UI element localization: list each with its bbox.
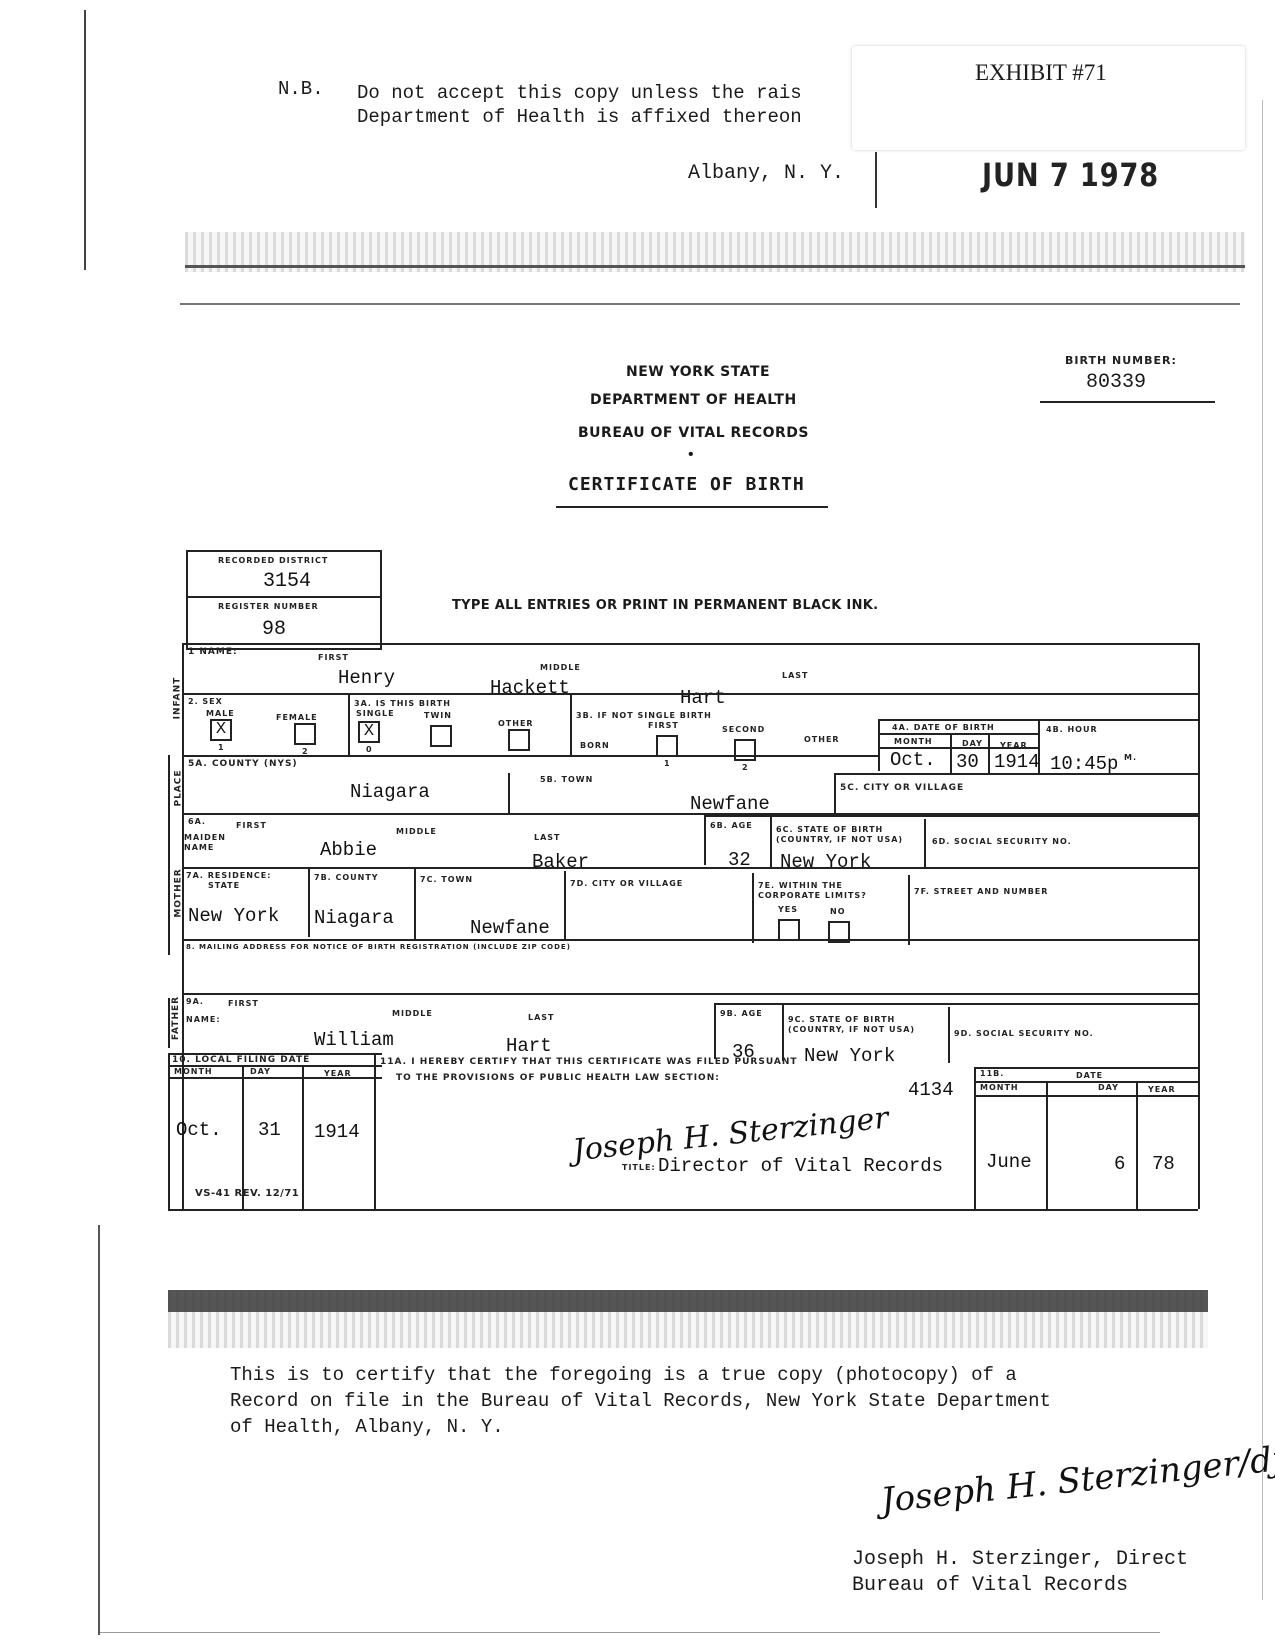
other-label: OTHER bbox=[498, 719, 534, 728]
dob-month-label: MONTH bbox=[894, 737, 933, 746]
father-ssn-label: 9D. SOCIAL SECURITY NO. bbox=[954, 1029, 1094, 1038]
first-born-label: FIRST bbox=[648, 721, 679, 730]
mother-name-label: NAME bbox=[184, 843, 214, 852]
father-last-name: Hart bbox=[506, 1035, 552, 1057]
form-code: VS-41 Rev. 12/71 bbox=[195, 1188, 299, 1199]
male-label: MALE bbox=[206, 709, 235, 718]
mother-last-name: Baker bbox=[532, 851, 589, 873]
father-state-label: 9C. STATE OF BIRTH bbox=[788, 1015, 895, 1024]
issue-day-value: 6 bbox=[1114, 1153, 1125, 1175]
hour-suffix: M. bbox=[1124, 753, 1137, 762]
issue-date-sub: DATE bbox=[1076, 1071, 1103, 1080]
certification-line-1: This is to certify that the foregoing is… bbox=[230, 1364, 1017, 1386]
birth-number-value: 80339 bbox=[1086, 371, 1146, 394]
issue-date-label: 11B. bbox=[980, 1069, 1004, 1078]
mother-first-label: FIRST bbox=[236, 821, 267, 830]
residence-sub-label: STATE bbox=[208, 881, 240, 890]
residence-town-value: Newfane bbox=[470, 917, 550, 939]
residence-county-value: Niagara bbox=[314, 907, 394, 929]
residence-county-label: 7B. COUNTY bbox=[314, 873, 379, 882]
recorded-district-label: RECORDED DISTRICT bbox=[218, 556, 328, 565]
male-code: 1 bbox=[218, 743, 225, 752]
signer-name: Joseph H. Sterzinger, Direct bbox=[852, 1548, 1188, 1571]
title-line-bureau: BUREAU OF VITAL RECORDS bbox=[578, 425, 809, 441]
title-line-state: NEW YORK STATE bbox=[626, 364, 770, 380]
place-county-label: 5A. COUNTY (NYS) bbox=[188, 759, 298, 769]
nb-label: N.B. bbox=[278, 78, 324, 100]
director-signature: Joseph H. Sterzinger/dj bbox=[879, 1439, 1275, 1521]
residence-label: 7A. RESIDENCE: bbox=[186, 871, 271, 880]
title-label: TITLE: bbox=[622, 1163, 656, 1172]
infant-name-label: 1 NAME: bbox=[188, 647, 238, 657]
signer-bureau: Bureau of Vital Records bbox=[852, 1574, 1128, 1597]
title-value: Director of Vital Records bbox=[658, 1155, 943, 1177]
first-born-code: 1 bbox=[664, 759, 671, 768]
register-number-label: REGISTER NUMBER bbox=[218, 602, 319, 611]
place-town-value: Newfane bbox=[690, 793, 770, 815]
female-checkbox[interactable] bbox=[294, 723, 316, 745]
corporate-no-label: NO bbox=[830, 907, 846, 916]
single-checkbox[interactable]: X bbox=[358, 721, 380, 743]
father-state-sub: (COUNTRY, IF NOT USA) bbox=[788, 1025, 915, 1034]
left-scan-edge bbox=[84, 10, 86, 270]
infant-first-label: FIRST bbox=[318, 653, 349, 662]
father-name-label: NAME: bbox=[186, 1015, 221, 1024]
second-born-label: SECOND bbox=[722, 725, 765, 734]
father-age-label: 9B. AGE bbox=[720, 1009, 763, 1018]
filing-year-value: 1914 bbox=[314, 1121, 360, 1143]
corporate-limits-label: 7E. WITHIN THE bbox=[758, 881, 843, 890]
not-single-label: 3B. IF NOT SINGLE BIRTH bbox=[576, 711, 712, 720]
certify-line-2: TO THE PROVISIONS OF PUBLIC HEALTH LAW S… bbox=[396, 1073, 720, 1083]
issue-month-value: June bbox=[986, 1151, 1032, 1173]
dob-year-value: 1914 bbox=[994, 751, 1040, 773]
other-checkbox[interactable] bbox=[508, 729, 530, 751]
born-label: BORN bbox=[580, 741, 610, 750]
side-label-mother: MOTHER bbox=[174, 868, 184, 917]
infant-middle-name: Hackett bbox=[490, 677, 570, 699]
corporate-limits-sub: CORPORATE LIMITS? bbox=[758, 891, 867, 900]
albany-location: Albany, N. Y. bbox=[688, 162, 844, 185]
birth-certificate-form: INFANT PLACE MOTHER FATHER 1 NAME: FIRST… bbox=[168, 643, 1200, 1211]
dob-label: 4A. DATE OF BIRTH bbox=[892, 723, 995, 732]
exhibit-label-box: EXHIBIT #71 bbox=[852, 46, 1245, 150]
mother-ssn-label: 6D. SOCIAL SECURITY NO. bbox=[932, 837, 1072, 846]
scan-line-top bbox=[185, 265, 1245, 268]
infant-middle-label: MIDDLE bbox=[540, 663, 581, 672]
side-label-father: FATHER bbox=[171, 996, 181, 1040]
place-county-value: Niagara bbox=[350, 781, 430, 803]
left-scan-edge-lower bbox=[98, 1225, 100, 1635]
mother-age-label: 6B. AGE bbox=[710, 821, 753, 830]
father-first-name: William bbox=[314, 1029, 394, 1051]
mother-state-value: New York bbox=[780, 851, 871, 873]
hour-value: 10:45p bbox=[1050, 753, 1118, 775]
father-last-label: LAST bbox=[528, 1013, 555, 1022]
certification-line-2: Record on file in the Bureau of Vital Re… bbox=[230, 1390, 1051, 1412]
mother-state-label: 6C. STATE OF BIRTH bbox=[776, 825, 883, 834]
second-born-checkbox[interactable] bbox=[734, 739, 756, 761]
residence-town-label: 7C. TOWN bbox=[420, 875, 473, 884]
bottom-scan-edge bbox=[100, 1632, 1160, 1633]
residence-state-value: New York bbox=[188, 905, 279, 927]
certificate-title-underline bbox=[556, 506, 828, 508]
certify-line-1: 11A. I HEREBY CERTIFY THAT THIS CERTIFIC… bbox=[380, 1057, 798, 1067]
issue-year-value: 78 bbox=[1152, 1153, 1175, 1175]
filing-month-value: Oct. bbox=[176, 1119, 222, 1141]
mother-6a-label: 6A. bbox=[188, 817, 206, 826]
register-number-value: 98 bbox=[262, 618, 286, 641]
twin-label: TWIN bbox=[424, 711, 452, 720]
father-9a-label: 9A. bbox=[186, 997, 204, 1006]
single-label: SINGLE bbox=[356, 709, 395, 718]
filing-month-label: MONTH bbox=[174, 1067, 213, 1076]
nb-line-2: Department of Health is affixed thereon bbox=[357, 106, 802, 128]
residence-city-label: 7D. CITY OR VILLAGE bbox=[570, 879, 683, 888]
other-born-label: OTHER bbox=[804, 735, 840, 744]
mother-first-name: Abbie bbox=[320, 839, 377, 861]
side-label-place: PLACE bbox=[174, 769, 184, 806]
single-code: 0 bbox=[366, 745, 373, 754]
law-section-value: 4134 bbox=[908, 1079, 954, 1101]
scan-line-mid bbox=[180, 303, 1240, 305]
birth-number-underline bbox=[1040, 401, 1215, 403]
filing-day-value: 31 bbox=[258, 1119, 281, 1141]
dob-day-value: 30 bbox=[956, 751, 979, 773]
mailing-address-label: 8. MAILING ADDRESS FOR NOTICE OF BIRTH R… bbox=[186, 943, 571, 951]
title-bullet: • bbox=[688, 446, 694, 464]
certification-line-3: of Health, Albany, N. Y. bbox=[230, 1416, 504, 1438]
place-town-label: 5B. TOWN bbox=[540, 775, 593, 784]
corporate-yes-label: YES bbox=[778, 905, 798, 914]
right-scan-edge bbox=[1262, 100, 1263, 1600]
infant-last-name: Hart bbox=[680, 687, 726, 709]
place-city-label: 5C. CITY OR VILLAGE bbox=[840, 783, 964, 793]
infant-last-label: LAST bbox=[782, 671, 809, 680]
mother-last-label: LAST bbox=[534, 833, 561, 842]
mother-middle-label: MIDDLE bbox=[396, 827, 437, 836]
recorded-district-value: 3154 bbox=[263, 570, 311, 593]
father-state-value: New York bbox=[804, 1045, 895, 1067]
issue-day-label: DAY bbox=[1098, 1083, 1119, 1092]
street-label: 7F. STREET AND NUMBER bbox=[914, 887, 1048, 896]
father-middle-label: MIDDLE bbox=[392, 1009, 433, 1018]
title-line-department: DEPARTMENT OF HEALTH bbox=[590, 392, 797, 408]
nb-line-1: Do not accept this copy unless the rais bbox=[357, 82, 802, 104]
birth-type-label: 3A. IS THIS BIRTH bbox=[354, 699, 451, 708]
side-label-infant: INFANT bbox=[172, 677, 182, 720]
father-first-label: FIRST bbox=[228, 999, 259, 1008]
birth-number-label: BIRTH NUMBER: bbox=[1065, 354, 1177, 367]
mother-maiden-label: MAIDEN bbox=[184, 833, 226, 842]
scan-bar-bottom bbox=[168, 1290, 1208, 1312]
corporate-yes-checkbox[interactable] bbox=[778, 919, 800, 941]
second-born-code: 2 bbox=[742, 763, 749, 772]
filing-day-label: DAY bbox=[250, 1067, 271, 1076]
sex-label: 2. SEX bbox=[188, 697, 223, 706]
date-stamp: JUN 7 1978 bbox=[982, 156, 1159, 194]
female-label: FEMALE bbox=[276, 713, 318, 722]
filing-date-label: 10. LOCAL FILING DATE bbox=[172, 1055, 310, 1065]
certificate-title: CERTIFICATE OF BIRTH bbox=[568, 474, 805, 495]
stamp-box-edge bbox=[875, 152, 877, 208]
exhibit-label: EXHIBIT #71 bbox=[975, 60, 1107, 86]
twin-checkbox[interactable] bbox=[430, 725, 452, 747]
dob-month-value: Oct. bbox=[890, 749, 936, 771]
mother-state-sub: (COUNTRY, IF NOT USA) bbox=[776, 835, 903, 844]
first-born-checkbox[interactable] bbox=[656, 735, 678, 757]
infant-first-name: Henry bbox=[338, 667, 395, 689]
hour-label: 4B. HOUR bbox=[1046, 725, 1098, 734]
issue-month-label: MONTH bbox=[980, 1083, 1019, 1092]
male-checkbox[interactable]: X bbox=[210, 719, 232, 741]
ink-instruction: TYPE ALL ENTRIES OR PRINT IN PERMANENT B… bbox=[452, 598, 878, 613]
district-box: RECORDED DISTRICT 3154 REGISTER NUMBER 9… bbox=[186, 550, 382, 650]
issue-year-label: YEAR bbox=[1148, 1085, 1176, 1094]
